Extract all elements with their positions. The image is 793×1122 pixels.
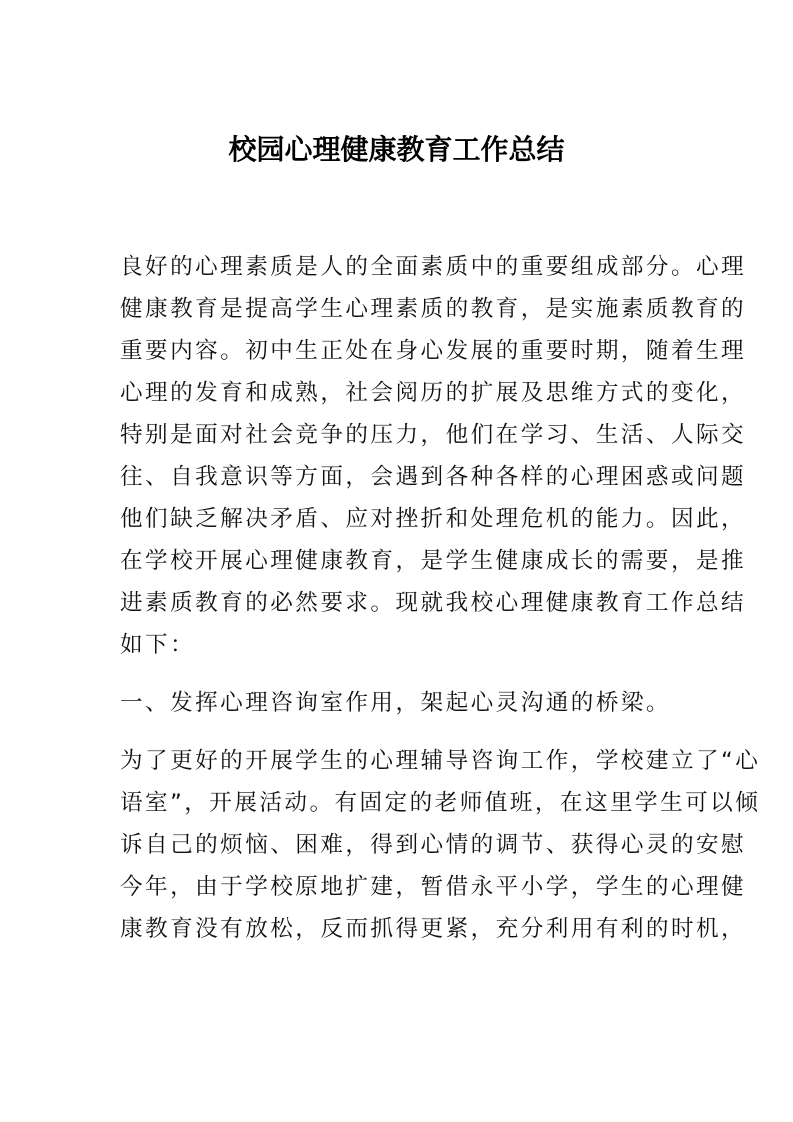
text-line: 良好的心理素质是人的全面素质中的重要组成部分。心理 <box>120 246 680 288</box>
text-line: 如下： <box>120 624 680 666</box>
document-page: 校园心理健康教育工作总结 良好的心理素质是人的全面素质中的重要组成部分。心理 健… <box>0 0 793 1122</box>
text-line: 为了更好的开展学生的心理辅导咨询工作，学校建立了“心 <box>120 740 680 782</box>
text-line: 语室”，开展活动。有固定的老师值班，在这里学生可以倾 <box>120 782 680 824</box>
paragraph-section-1: 为了更好的开展学生的心理辅导咨询工作，学校建立了“心 语室”，开展活动。有固定的… <box>120 740 680 950</box>
document-body: 良好的心理素质是人的全面素质中的重要组成部分。心理 健康教育是提高学生心理素质的… <box>120 246 680 950</box>
text-line: 健康教育是提高学生心理素质的教育，是实施素质教育的 <box>120 288 680 330</box>
text-line: 心理的发育和成熟，社会阅历的扩展及思维方式的变化， <box>120 372 680 414</box>
text-line: 往、自我意识等方面，会遇到各种各样的心理困惑或问题 <box>120 456 680 498</box>
text-line: 特别是面对社会竞争的压力，他们在学习、生活、人际交 <box>120 414 680 456</box>
paragraph-intro: 良好的心理素质是人的全面素质中的重要组成部分。心理 健康教育是提高学生心理素质的… <box>120 246 680 666</box>
text-line: 在学校开展心理健康教育，是学生健康成长的需要，是推 <box>120 540 680 582</box>
text-line: 诉自己的烦恼、困难，得到心情的调节、获得心灵的安慰 <box>120 824 680 866</box>
section-heading-text: 一、发挥心理咨询室作用，架起心灵沟通的桥梁。 <box>120 682 680 724</box>
section-heading-1: 一、发挥心理咨询室作用，架起心灵沟通的桥梁。 <box>120 682 680 724</box>
text-line: 康教育没有放松，反而抓得更紧，充分利用有利的时机， <box>120 908 680 950</box>
document-title: 校园心理健康教育工作总结 <box>0 130 793 170</box>
text-line: 重要内容。初中生正处在身心发展的重要时期，随着生理 <box>120 330 680 372</box>
text-line: 他们缺乏解决矛盾、应对挫折和处理危机的能力。因此， <box>120 498 680 540</box>
text-line: 进素质教育的必然要求。现就我校心理健康教育工作总结 <box>120 582 680 624</box>
text-line: 今年，由于学校原地扩建，暂借永平小学，学生的心理健 <box>120 866 680 908</box>
